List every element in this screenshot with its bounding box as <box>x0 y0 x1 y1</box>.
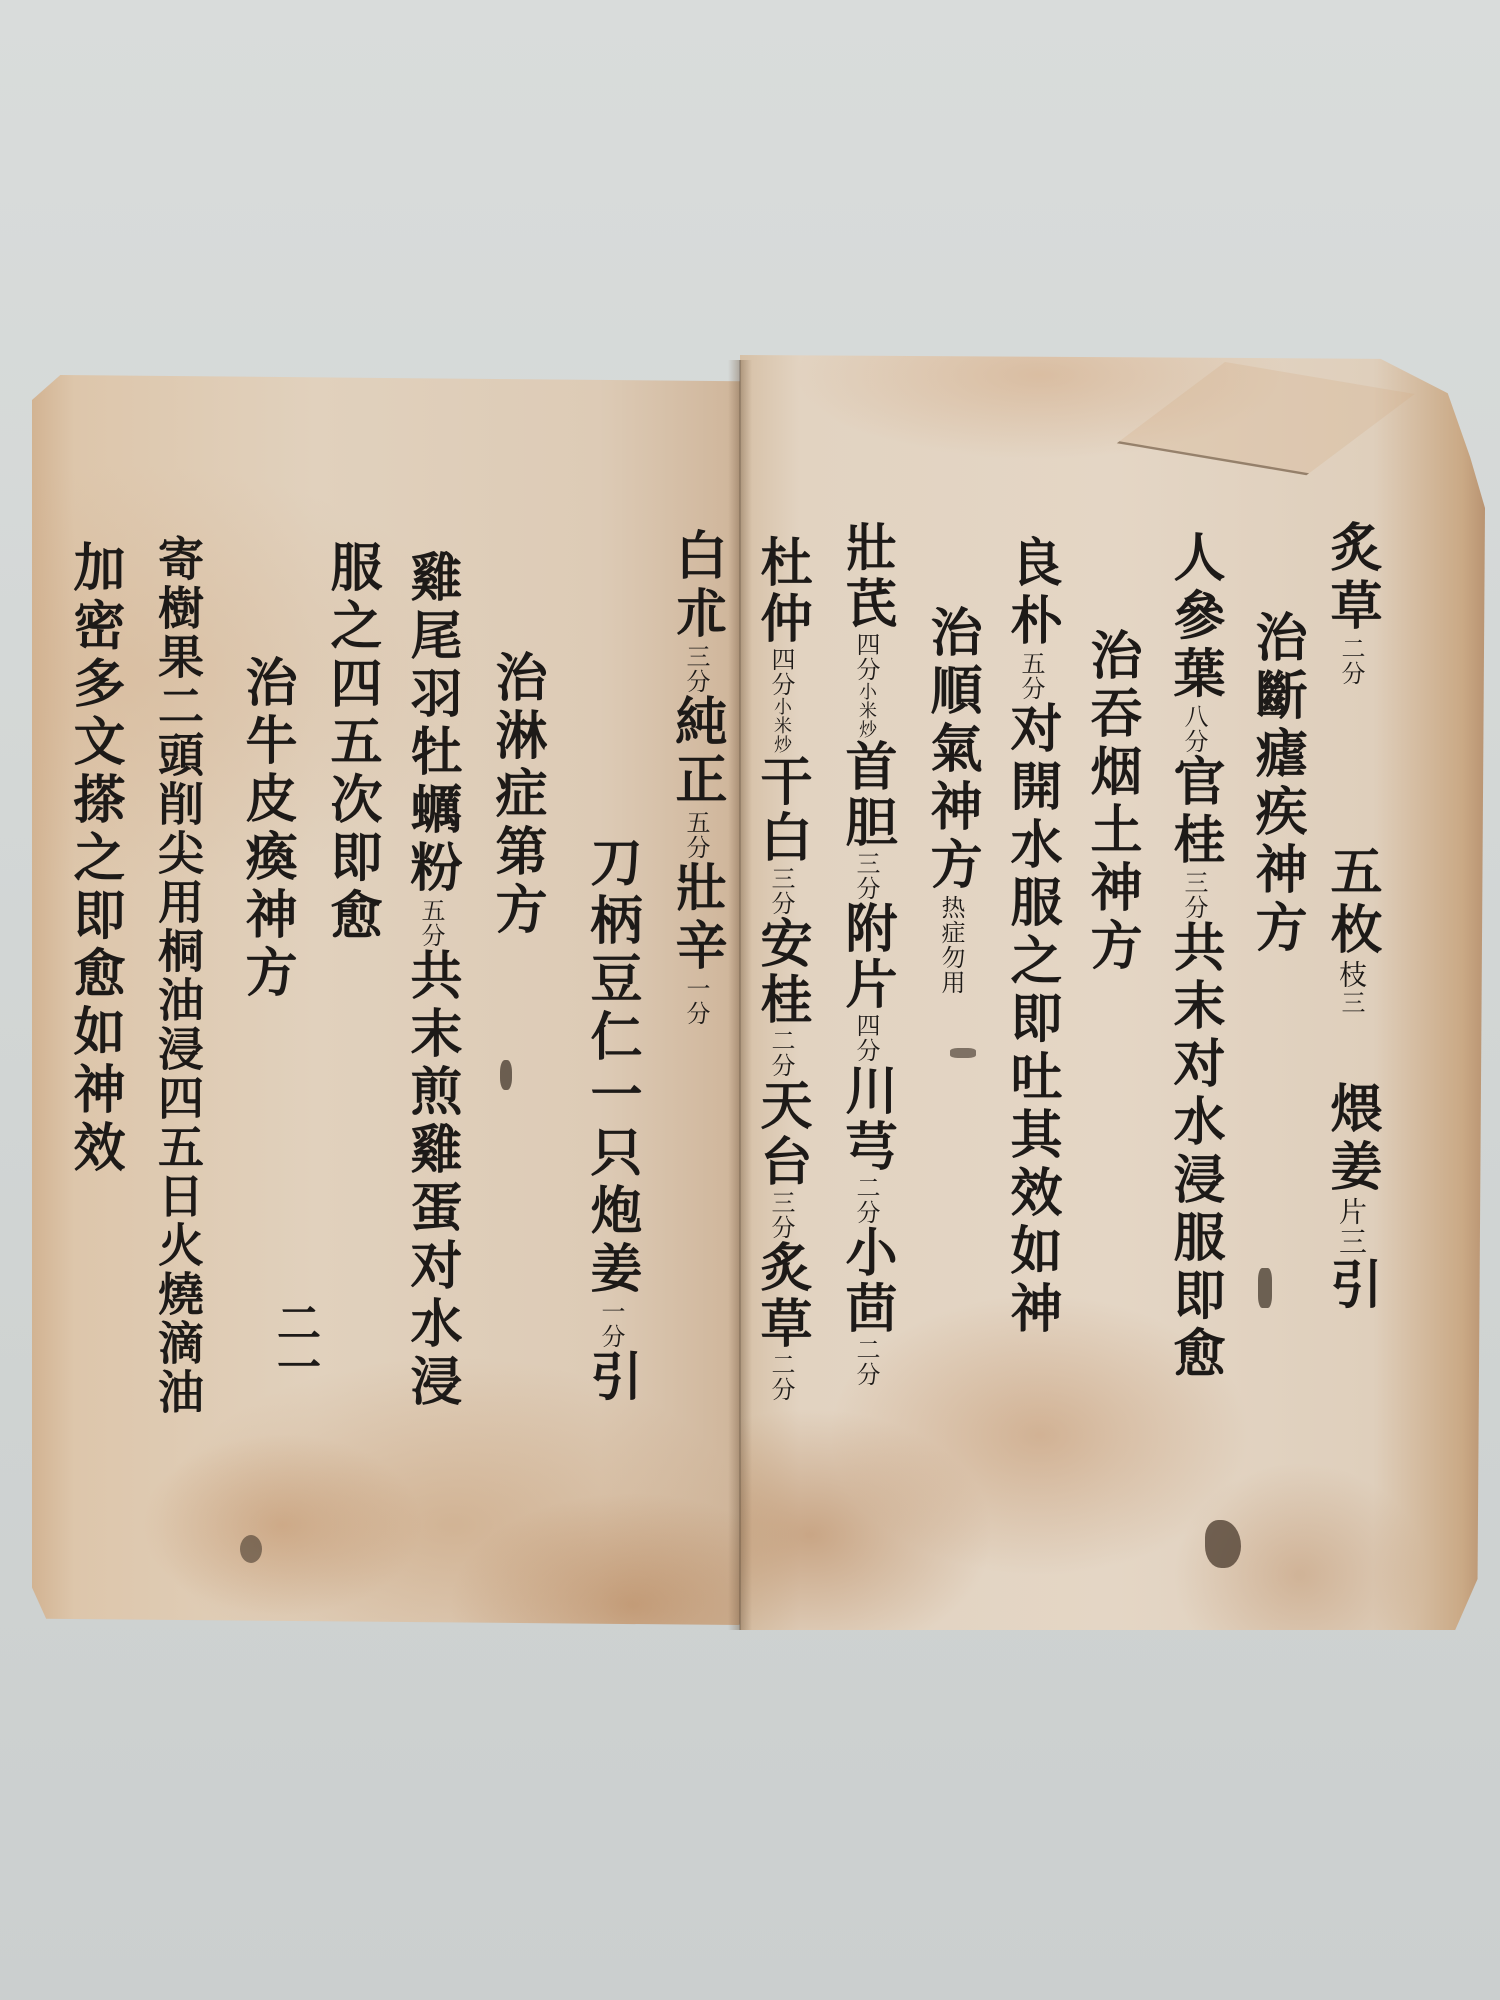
text-column: 炙草二分 五枚枝三 煨姜片三引 <box>1325 520 1377 1315</box>
recipe-heading: 治淋症第方 <box>490 650 542 940</box>
column-text: 小米炒 <box>771 697 792 754</box>
column-text: 四分 <box>852 1013 880 1063</box>
column-text: 官桂 <box>1164 754 1224 870</box>
column-text: 人參葉 <box>1164 530 1224 704</box>
column-text: 干白 <box>751 754 811 866</box>
column-text: 小茴 <box>836 1225 896 1337</box>
column-text: 炙草 <box>751 1240 811 1352</box>
column-text: 三分 <box>767 1190 795 1240</box>
column-text: 三 <box>1337 990 1365 1015</box>
text-column: 人參葉八分官桂三分共末对水浸服即愈 <box>1168 530 1220 1384</box>
column-text: 治斷瘧疾神方 <box>1246 610 1306 958</box>
column-text: 刀柄豆仁一只 <box>581 835 641 1183</box>
recipe-heading: 治順氣神方热症勿用 <box>925 605 977 995</box>
column-text: 五分 <box>1017 651 1045 701</box>
column-text: 白朮 <box>666 528 726 644</box>
column-text: 加密多文搽之即愈如神效 <box>64 540 124 1178</box>
column-text: 寄樹果二頭削尖用桐油浸四五日火燒滴油 <box>151 535 205 1417</box>
column-text: 首胆 <box>836 739 896 851</box>
column-text: 附片 <box>836 901 896 1013</box>
column-text: 五分 <box>682 810 710 860</box>
column-text: 煨姜 <box>1321 1081 1381 1197</box>
text-column: 加密多文搽之即愈如神效 <box>68 540 120 1178</box>
column-text: 壯芪 <box>836 520 896 632</box>
column-text: 二分 <box>852 1337 880 1387</box>
ink-blot <box>500 1060 512 1090</box>
column-text: 二分 <box>852 1175 880 1225</box>
column-text: 共末对水浸服即愈 <box>1164 920 1224 1384</box>
column-text: 三分 <box>682 644 710 694</box>
column-text: 壯辛 <box>666 860 726 976</box>
recipe-heading: 治吞烟土神方 <box>1085 628 1137 976</box>
text-column: 雞尾羽牡蠣粉五分共末煎雞蛋对水浸 <box>405 550 457 1412</box>
column-text: 五枚 <box>1321 844 1381 960</box>
column-text: 对開水服之即吐其效如神 <box>1001 701 1061 1339</box>
text-column: 服之四五次即愈 <box>325 540 377 946</box>
column-text: 枝 <box>1335 960 1368 990</box>
ink-blot <box>240 1535 262 1563</box>
column-text: 杜仲 <box>751 535 811 647</box>
column-text: 引 <box>581 1349 641 1407</box>
column-text: 一分 <box>597 1299 625 1349</box>
column-text: 治順氣神方 <box>921 605 981 895</box>
column-text: 二分 <box>1337 636 1365 686</box>
ink-blot <box>950 1048 976 1058</box>
column-text: 四分 <box>767 647 795 697</box>
column-text: 安桂 <box>751 916 811 1028</box>
column-text: 二分 <box>767 1352 795 1402</box>
recipe-heading: 治牛皮瘓神方 <box>240 655 292 1003</box>
page-marker-text: 二一 <box>269 1300 320 1388</box>
column-text: 服之四五次即愈 <box>321 540 381 946</box>
text-column: 寄樹果二頭削尖用桐油浸四五日火燒滴油 <box>155 535 201 1417</box>
recipe-heading: 治斷瘧疾神方 <box>1250 610 1302 958</box>
column-text: 良朴 <box>1001 535 1061 651</box>
text-column: 良朴五分对開水服之即吐其效如神 <box>1005 535 1057 1339</box>
column-text: 牡蠣粉 <box>401 724 461 898</box>
open-manuscript: 炙草二分 五枚枝三 煨姜片三引 治斷瘧疾神方 人參葉八分官桂三分共末对水浸服即愈… <box>0 0 1500 2000</box>
text-column: 杜仲四分小米炒干白三分安桂二分天台三分炙草二分 <box>755 535 807 1402</box>
page-marker: 二一 <box>262 1300 326 1388</box>
column-text: 三分 <box>767 866 795 916</box>
column-text: 雞尾羽 <box>401 550 461 724</box>
column-text: 八分 <box>1180 704 1208 754</box>
column-text: 治牛皮瘓神方 <box>236 655 296 1003</box>
column-text: 小米炒 <box>856 682 877 739</box>
text-column: 白朮三分純正五分壯辛一分 <box>670 528 722 1026</box>
text-column: 刀柄豆仁一只炮姜一分引 <box>585 835 637 1407</box>
column-text: 五分 <box>417 898 445 948</box>
column-text: 純正 <box>666 694 726 810</box>
text-column: 壯芪四分小米炒首胆三分附片四分川芎二分小茴二分 <box>840 520 892 1387</box>
ink-blot <box>1258 1268 1272 1308</box>
book-spine <box>728 360 752 1630</box>
column-text: 川芎 <box>836 1063 896 1175</box>
note-text: 热症勿用 <box>937 895 965 995</box>
column-text: 三分 <box>852 851 880 901</box>
column-text: 三分 <box>1180 870 1208 920</box>
column-text: 治淋症第方 <box>486 650 546 940</box>
column-text: 引 <box>1321 1257 1381 1315</box>
column-text: 一分 <box>682 976 710 1026</box>
column-text: 二分 <box>767 1028 795 1078</box>
ink-blot <box>1205 1520 1241 1568</box>
column-text: 天台 <box>751 1078 811 1190</box>
column-text: 治吞烟土神方 <box>1081 628 1141 976</box>
column-text: 共末煎雞蛋对水浸 <box>401 948 461 1412</box>
column-text: 片三 <box>1335 1197 1368 1257</box>
column-text: 炙草 <box>1321 520 1381 636</box>
column-text: 炮姜 <box>581 1183 641 1299</box>
column-text: 四分 <box>852 632 880 682</box>
